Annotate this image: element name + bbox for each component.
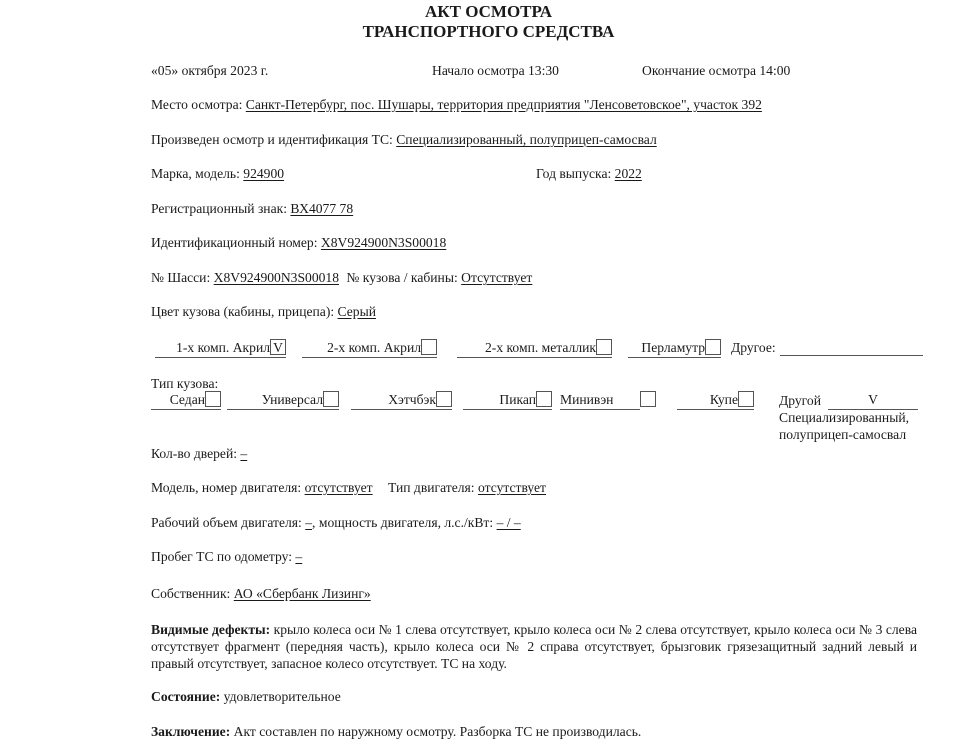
field-label: Собственник: <box>151 586 230 601</box>
paint-option-2: 2-х комп. Акрил <box>302 339 437 358</box>
body-other-text-line2: полуприцеп-самосвал <box>779 427 906 443</box>
field-label: Пробег ТС по одометру: <box>151 549 292 564</box>
body-option-label: Хэтчбэк <box>388 392 436 407</box>
body-option-sedan: Седан <box>151 391 221 410</box>
field-value: X8V924900N3S00018 <box>321 235 446 250</box>
field-reg-plate: Регистрационный знак: ВХ4077 78 <box>151 201 353 217</box>
conclusion-line: Заключение: Акт составлен по наружному о… <box>151 724 641 740</box>
body-checkbox[interactable] <box>323 391 339 407</box>
condition-line: Состояние: удовлетворительное <box>151 689 341 705</box>
body-type-label: Тип кузова: <box>151 376 218 392</box>
field-odometer: Пробег ТС по одометру: – <box>151 549 302 565</box>
paint-other-line[interactable] <box>780 355 923 356</box>
condition-text: удовлетворительное <box>224 689 341 704</box>
inspection-end: Окончание осмотра 14:00 <box>642 63 790 79</box>
field-engine-volume-power: Рабочий объем двигателя: –, мощность дви… <box>151 515 521 531</box>
body-checkbox-minivan[interactable] <box>640 391 656 407</box>
field-value: Отсутствует <box>461 270 532 285</box>
field-engine: Модель, номер двигателя: отсутствует Тип… <box>151 480 546 496</box>
defects-label: Видимые дефекты: <box>151 622 270 637</box>
body-other-text-line1: Специализированный, <box>779 410 909 426</box>
field-value: 924900 <box>243 166 284 181</box>
body-option-hatchback: Хэтчбэк <box>351 391 452 410</box>
field-label: Рабочий объем двигателя: <box>151 515 302 530</box>
body-other-mark[interactable]: V <box>828 392 918 410</box>
field-value: – <box>295 549 302 564</box>
field-label: Идентификационный номер: <box>151 235 318 250</box>
body-option-wagon: Универсал <box>227 391 339 410</box>
field-value: Специализированный, полуприцеп-самосвал <box>396 132 657 147</box>
conclusion-text: Акт составлен по наружному осмотру. Разб… <box>234 724 642 739</box>
defects-paragraph: Видимые дефекты: крыло колеса оси № 1 сл… <box>151 621 917 672</box>
field-place: Место осмотра: Санкт-Петербург, пос. Шуш… <box>151 97 762 113</box>
paint-checkbox[interactable] <box>421 339 437 355</box>
field-year: Год выпуска: 2022 <box>536 166 642 182</box>
field-identification: Произведен осмотр и идентификация ТС: Сп… <box>151 132 657 148</box>
body-option-minivan-label: Минивэн <box>560 392 640 410</box>
field-label: Год выпуска: <box>536 166 611 181</box>
field-value: – <box>240 446 247 461</box>
inspection-start: Начало осмотра 13:30 <box>432 63 559 79</box>
field-vin: Идентификационный номер: X8V924900N3S000… <box>151 235 446 251</box>
field-label: Модель, номер двигателя: <box>151 480 301 495</box>
condition-label: Состояние: <box>151 689 220 704</box>
document-title-line1: АКТ ОСМОТРА <box>0 2 977 22</box>
body-checkbox[interactable] <box>205 391 221 407</box>
paint-option-4: Перламутр <box>628 339 721 358</box>
field-label: Кол-во дверей: <box>151 446 237 461</box>
field-value: ВХ4077 78 <box>290 201 353 216</box>
body-option-label: Купе <box>710 392 738 407</box>
body-option-label: Пикап <box>499 392 536 407</box>
body-option-label: Универсал <box>262 392 323 407</box>
paint-option-1: 1-х комп. АкрилV <box>155 339 286 358</box>
paint-option-label: 1-х комп. Акрил <box>176 340 270 355</box>
body-checkbox[interactable] <box>436 391 452 407</box>
body-option-label: Седан <box>170 392 205 407</box>
field-value: отсутствует <box>305 480 373 495</box>
paint-checkbox[interactable] <box>596 339 612 355</box>
paint-option-label: Перламутр <box>641 340 705 355</box>
field-label: Цвет кузова (кабины, прицепа): <box>151 304 334 319</box>
field-value: 2022 <box>615 166 642 181</box>
field-chassis-body: № Шасси: X8V924900N3S00018 № кузова / ка… <box>151 270 532 286</box>
paint-option-label: 2-х комп. металлик <box>485 340 596 355</box>
paint-checkbox[interactable]: V <box>270 339 286 355</box>
field-make-model: Марка, модель: 924900 <box>151 166 284 182</box>
paint-other-label: Другое: <box>731 340 776 356</box>
body-other-label: Другой <box>779 393 821 409</box>
inspection-date: «05» октября 2023 г. <box>151 63 268 79</box>
field-owner: Собственник: АО «Сбербанк Лизинг» <box>151 586 371 602</box>
conclusion-label: Заключение: <box>151 724 230 739</box>
paint-checkbox[interactable] <box>705 339 721 355</box>
field-value: Серый <box>338 304 376 319</box>
paint-option-label: 2-х комп. Акрил <box>327 340 421 355</box>
field-label: Место осмотра: <box>151 97 242 112</box>
field-doors: Кол-во дверей: – <box>151 446 247 462</box>
field-value: отсутствует <box>478 480 546 495</box>
field-label: Тип двигателя: <box>388 480 475 495</box>
field-color: Цвет кузова (кабины, прицепа): Серый <box>151 304 376 320</box>
field-value: X8V924900N3S00018 <box>214 270 339 285</box>
field-label: Произведен осмотр и идентификация ТС: <box>151 132 393 147</box>
field-value: Санкт-Петербург, пос. Шушары, территория… <box>246 97 762 112</box>
field-value: АО «Сбербанк Лизинг» <box>234 586 371 601</box>
field-value: – / – <box>497 515 521 530</box>
field-label: Марка, модель: <box>151 166 240 181</box>
body-checkbox[interactable] <box>536 391 552 407</box>
document-title-line2: ТРАНСПОРТНОГО СРЕДСТВА <box>0 22 977 42</box>
field-label: Регистрационный знак: <box>151 201 287 216</box>
body-option-pickup: Пикап <box>463 391 552 410</box>
field-label: , мощность двигателя, л.с./кВт: <box>312 515 493 530</box>
field-label: № кузова / кабины: <box>346 270 457 285</box>
body-option-coupe: Купе <box>677 391 754 410</box>
field-label: № Шасси: <box>151 270 210 285</box>
body-checkbox[interactable] <box>738 391 754 407</box>
paint-option-3: 2-х комп. металлик <box>457 339 612 358</box>
